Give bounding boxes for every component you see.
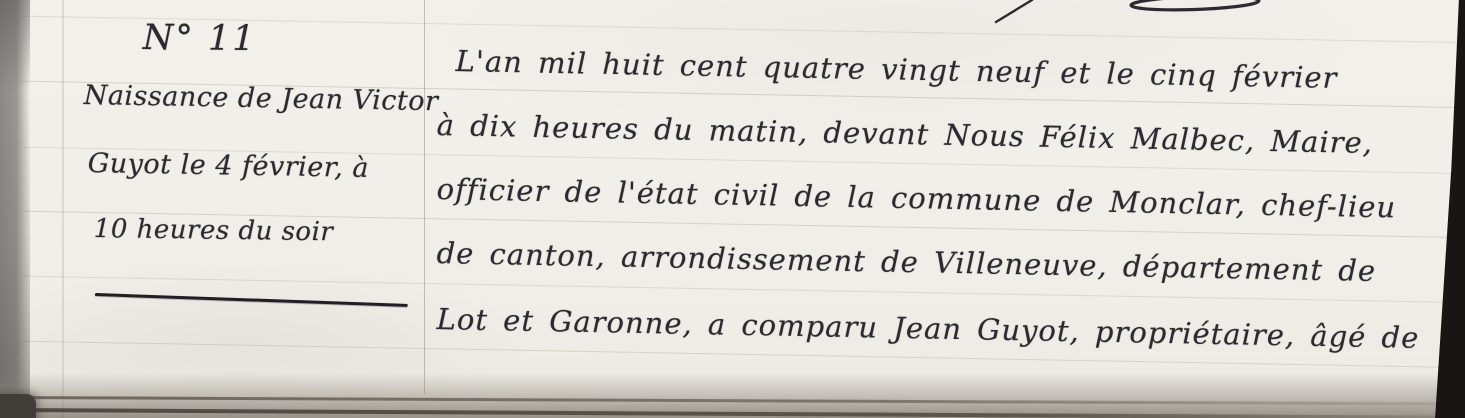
body-line: à dix heures du matin, devant Nous Félix…	[436, 108, 1373, 160]
body-line: Lot et Garonne, a comparu Jean Guyot, pr…	[436, 302, 1419, 355]
page-right-edge	[1431, 0, 1465, 418]
document-scan: N° 11 Naissance de Jean Victor Guyot le …	[0, 0, 1465, 418]
margin-note-line: Guyot le 4 février, à	[87, 148, 369, 184]
page-left-edge	[0, 0, 30, 418]
body-line: L'an mil huit cent quatre vingt neuf et …	[455, 44, 1337, 95]
paper-crease	[62, 0, 64, 418]
body-line: officier de l'état civil de la commune d…	[436, 172, 1396, 224]
record-number: N° 11	[143, 18, 257, 59]
margin-note-line: 10 heures du soir	[94, 214, 334, 247]
body-line: de canton, arrondissement de Villeneuve,…	[436, 236, 1376, 288]
page-corner-shadow	[0, 394, 36, 418]
signature-flourish	[980, 0, 1300, 30]
margin-divider-stroke	[95, 293, 408, 307]
margin-note-line: Naissance de Jean Victor	[83, 80, 438, 117]
margin-column-rule	[424, 0, 425, 394]
